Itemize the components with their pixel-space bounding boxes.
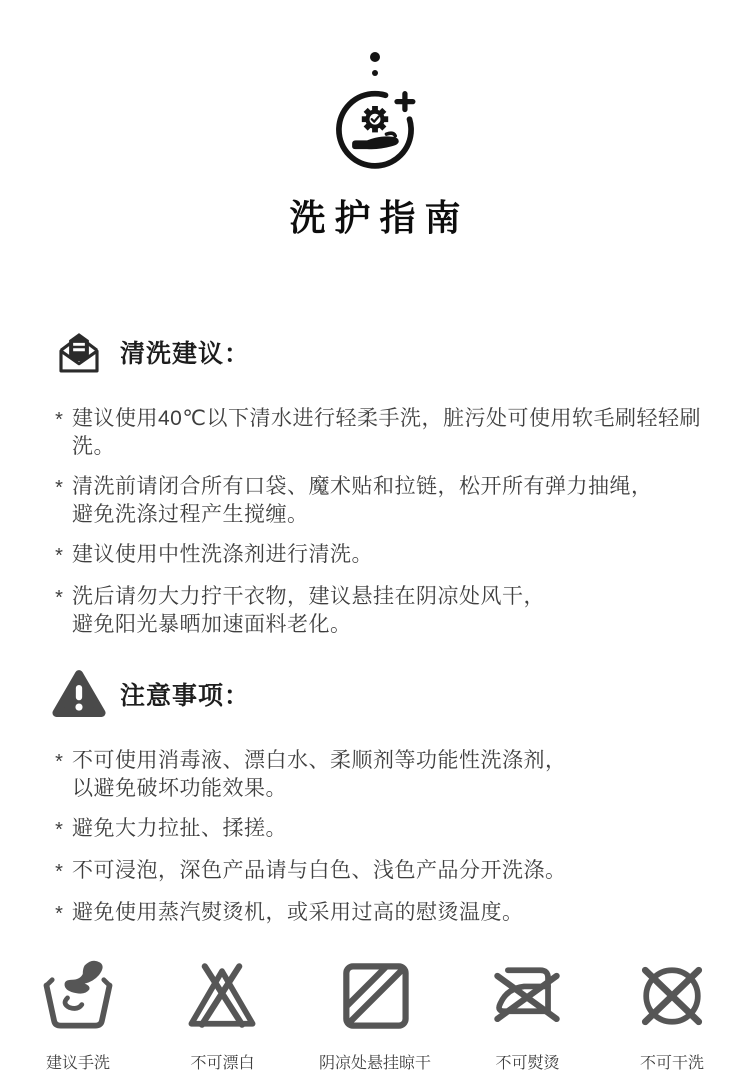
bullet-item: * 建议使用40℃以下清水进行轻柔手洗，脏污处可使用软毛刷轻轻刷洗。 bbox=[52, 405, 722, 461]
care-symbol-label: 不可熨烫 bbox=[495, 1050, 559, 1071]
bullet-item: * 避免使用蒸汽熨烫机，或采用过高的慰烫温度。 bbox=[52, 899, 722, 929]
care-symbol-no-dry-clean: 不可干洗 bbox=[624, 957, 720, 1071]
care-symbol-label: 阴凉处悬挂晾干 bbox=[319, 1050, 431, 1071]
decorative-dots bbox=[0, 0, 750, 76]
hand-wash-icon bbox=[35, 957, 121, 1040]
bullet-item: * 清洗前请闭合所有口袋、魔术贴和拉链，松开所有弹力抽绳， 避免洗涤过程产生搅缠… bbox=[52, 473, 722, 529]
warning-icon bbox=[52, 667, 106, 721]
page-title: 洗护指南 bbox=[0, 190, 750, 241]
bullet-item: * 避免大力拉扯、揉搓。 bbox=[52, 815, 722, 845]
bullet-item: * 洗后请勿大力拧干衣物，建议悬挂在阴凉处风干， 避免阳光暴晒加速面料老化。 bbox=[52, 583, 722, 639]
bullet-marker: * bbox=[52, 405, 66, 435]
bullet-text: 不可浸泡，深色产品请与白色、浅色产品分开洗涤。 bbox=[72, 857, 567, 885]
bullet-marker: * bbox=[52, 857, 66, 887]
bullet-item: * 建议使用中性洗涤剂进行清洗。 bbox=[52, 541, 722, 571]
bullet-item: * 不可浸泡，深色产品请与白色、浅色产品分开洗涤。 bbox=[52, 857, 722, 887]
hang-dry-shade-icon bbox=[332, 957, 418, 1040]
bullet-marker: * bbox=[52, 583, 66, 613]
bullet-marker: * bbox=[52, 473, 66, 503]
no-iron-icon bbox=[484, 957, 570, 1040]
envelope-icon bbox=[52, 325, 106, 379]
bullet-text: 建议使用40℃以下清水进行轻柔手洗，脏污处可使用软毛刷轻轻刷洗。 bbox=[72, 405, 722, 461]
cleaning-bullet-list: * 建议使用40℃以下清水进行轻柔手洗，脏污处可使用软毛刷轻轻刷洗。 * 清洗前… bbox=[52, 405, 722, 639]
bullet-marker: * bbox=[52, 541, 66, 571]
care-symbol-no-iron: 不可熨烫 bbox=[479, 957, 575, 1071]
bullet-marker: * bbox=[52, 747, 66, 777]
bullet-text: 清洗前请闭合所有口袋、魔术贴和拉链，松开所有弹力抽绳， 避免洗涤过程产生搅缠。 bbox=[72, 473, 653, 529]
care-symbols-row: 建议手洗 不可漂白 阴凉处悬挂晾干 bbox=[0, 957, 750, 1071]
care-symbol-hang-dry-shade: 阴凉处悬挂晾干 bbox=[319, 957, 431, 1071]
decorative-dot-large bbox=[370, 52, 380, 62]
bullet-text: 建议使用中性洗涤剂进行清洗。 bbox=[72, 541, 373, 569]
care-symbol-label: 建议手洗 bbox=[46, 1050, 110, 1071]
section-title-cleaning: 清洗建议： bbox=[120, 334, 250, 370]
section-precautions: 注意事项： * 不可使用消毒液、漂白水、柔顺剂等功能性洗涤剂， 以避免破坏功能效… bbox=[0, 667, 750, 929]
bullet-text: 不可使用消毒液、漂白水、柔顺剂等功能性洗涤剂， 以避免破坏功能效果。 bbox=[72, 747, 567, 803]
no-bleach-icon bbox=[179, 957, 265, 1040]
bullet-marker: * bbox=[52, 899, 66, 929]
precaution-bullet-list: * 不可使用消毒液、漂白水、柔顺剂等功能性洗涤剂， 以避免破坏功能效果。 * 避… bbox=[52, 747, 722, 929]
bullet-item: * 不可使用消毒液、漂白水、柔顺剂等功能性洗涤剂， 以避免破坏功能效果。 bbox=[52, 747, 722, 803]
section-cleaning-advice: 清洗建议： * 建议使用40℃以下清水进行轻柔手洗，脏污处可使用软毛刷轻轻刷洗。… bbox=[0, 325, 750, 639]
bullet-text: 避免使用蒸汽熨烫机，或采用过高的慰烫温度。 bbox=[72, 899, 524, 927]
care-symbol-no-bleach: 不可漂白 bbox=[174, 957, 270, 1071]
care-symbol-hand-wash: 建议手洗 bbox=[30, 957, 126, 1071]
bullet-text: 避免大力拉扯、揉搓。 bbox=[72, 815, 287, 843]
no-dry-clean-icon bbox=[629, 957, 715, 1040]
decorative-dot-small bbox=[372, 70, 378, 76]
care-symbol-label: 不可干洗 bbox=[640, 1050, 704, 1071]
bullet-marker: * bbox=[52, 815, 66, 845]
section-title-precautions: 注意事项： bbox=[120, 676, 250, 712]
care-guide-page: 洗护指南 清洗建议： * 建议使用40℃以下清水进行轻柔手洗，脏污处可使用软毛刷… bbox=[0, 0, 750, 1071]
care-symbol-label: 不可漂白 bbox=[190, 1050, 254, 1071]
care-service-icon bbox=[0, 84, 750, 172]
bullet-text: 洗后请勿大力拧干衣物，建议悬挂在阴凉处风干， 避免阳光暴晒加速面料老化。 bbox=[72, 583, 545, 639]
